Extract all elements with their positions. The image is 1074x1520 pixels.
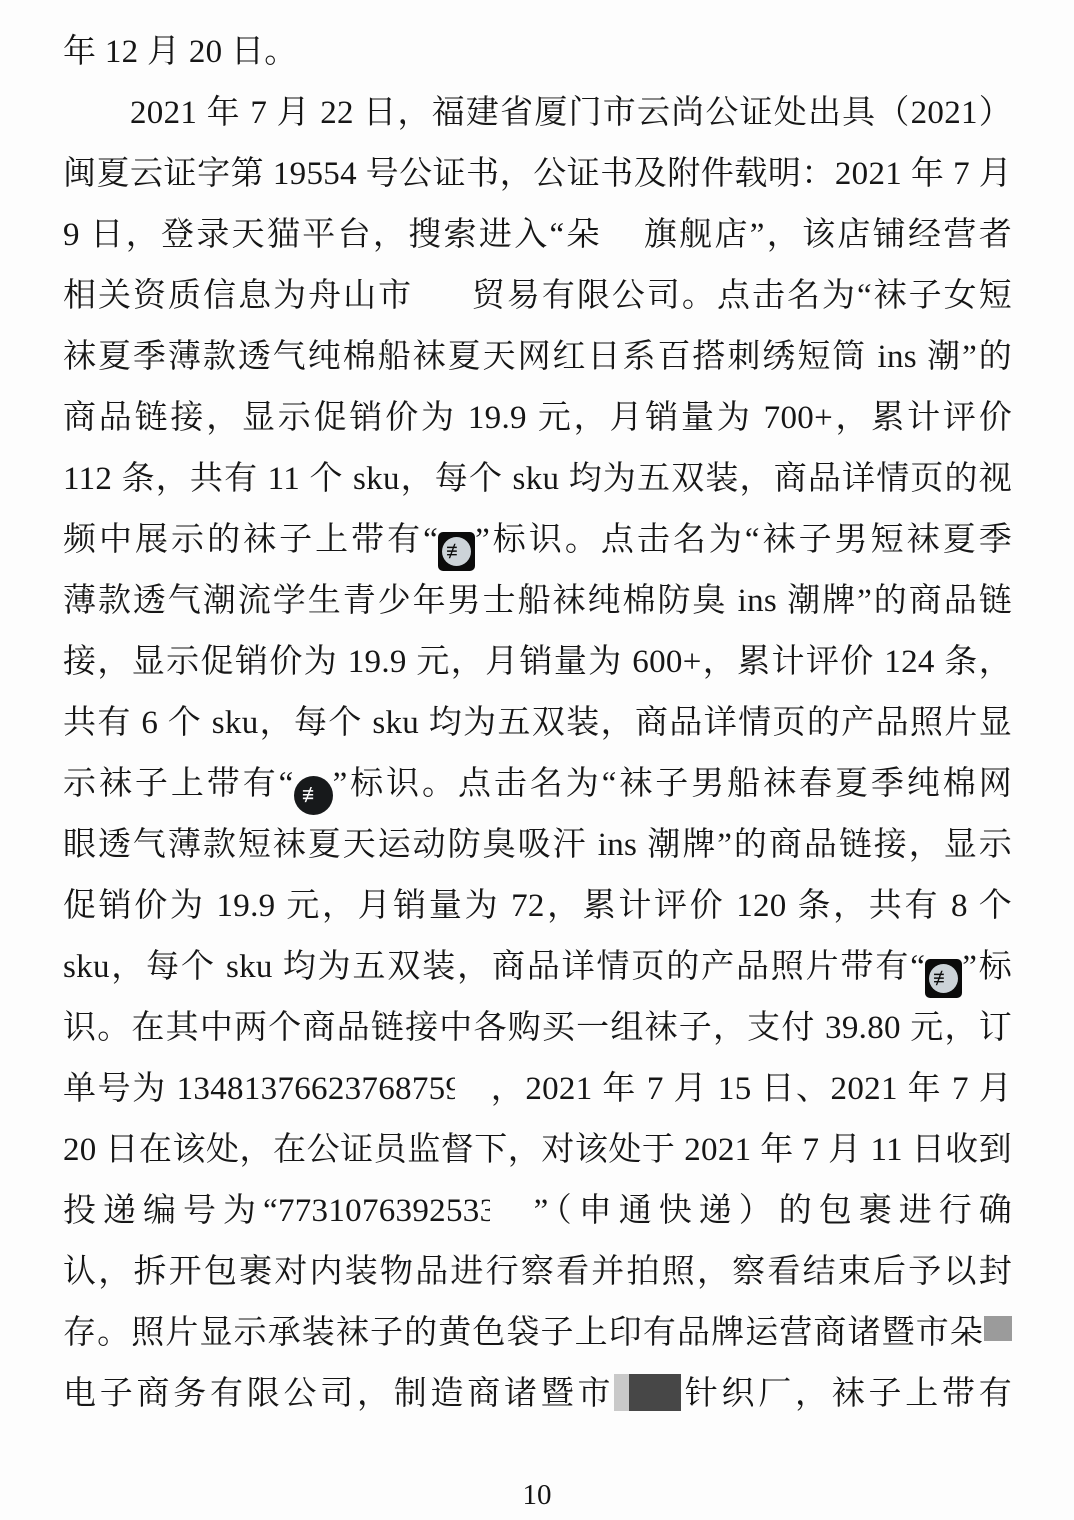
text-segment: ”标识。点击名为“袜子男船袜春夏季纯棉网 xyxy=(333,766,1012,802)
text-line: 接，显示促销价为 19.9 元，月销量为 600+，累计评价 124 条， xyxy=(63,632,1012,693)
page-number: 10 xyxy=(0,1479,1074,1512)
text-line: 2021 年 7 月 22 日，福建省厦门市云尚公证处出具（2021） xyxy=(63,83,1012,144)
redaction-box-dark xyxy=(629,1374,681,1411)
clipped-digit: 3 xyxy=(480,1181,490,1242)
text-line: 电子商务有限公司，制造商诸暨市针织厂，袜子上带有 xyxy=(63,1364,1012,1425)
text-segment: 单号为 1348137662376875 xyxy=(63,1071,445,1107)
text-line: sku，每个 sku 均为五双装，商品详情页的产品照片带有“≢”标 xyxy=(63,937,1012,998)
text-line: 112 条，共有 11 个 sku，每个 sku 均为五双装，商品详情页的视 xyxy=(63,449,1012,510)
text-segment: ”（申通快递）的包裹进行确 xyxy=(534,1193,1012,1229)
text-segment: 电子商务有限公司，制造商诸暨市 xyxy=(63,1376,614,1412)
text-line: 年 12 月 20 日。 xyxy=(63,22,1012,83)
text-line: 频中展示的袜子上带有“≢”标识。点击名为“袜子男短袜夏季 xyxy=(63,510,1012,571)
text-line: 投递编号为“7731076392533”（申通快递）的包裹进行确 xyxy=(63,1181,1012,1242)
clipped-digit: 9 xyxy=(445,1059,455,1120)
document-body: 年 12 月 20 日。 2021 年 7 月 22 日，福建省厦门市云尚公证处… xyxy=(63,22,1012,1425)
text-line: 眼透气薄款短袜夏天运动防臭吸汗 ins 潮牌”的商品链接，显示 xyxy=(63,815,1012,876)
text-line: 认，拆开包裹对内装物品进行察看并拍照，察看结束后予以封 xyxy=(63,1242,1012,1303)
text-line: 共有 6 个 sku，每个 sku 均为五双装，商品详情页的产品照片显 xyxy=(63,693,1012,754)
brand-logo-square-icon: ≢ xyxy=(438,532,475,571)
text-line: 薄款透气潮流学生青少年男士船袜纯棉防臭 ins 潮牌”的商品链 xyxy=(63,571,1012,632)
redaction-box xyxy=(984,1316,1012,1341)
scanned-legal-document-page: { "meta": { "language": "zh-CN", "page_n… xyxy=(0,0,1074,1520)
text-segment: 示袜子上带有“ xyxy=(63,766,294,802)
redaction-gap xyxy=(455,1097,489,1099)
redaction-box xyxy=(614,1371,681,1432)
text-line: 识。在其中两个商品链接中各购买一组袜子，支付 39.80 元，订 xyxy=(63,998,1012,1059)
text-line: 闽夏云证字第 19554 号公证书，公证书及附件载明：2021 年 7 月 xyxy=(63,144,1012,205)
brand-logo-circle-icon: ≢ xyxy=(294,776,333,815)
text-segment: 贸易有限公司。点击名为“袜子女短 xyxy=(470,278,1012,314)
redaction-gap xyxy=(490,1219,534,1221)
redaction-box-strip xyxy=(614,1374,629,1411)
text-line: 9 日，登录天猫平台，搜索进入“朵旗舰店”，该店铺经营者 xyxy=(63,205,1012,266)
text-line: 相关资质信息为舟山市贸易有限公司。点击名为“袜子女短 xyxy=(63,266,1012,327)
brand-logo-square-icon: ≢ xyxy=(925,959,962,998)
text-segment: 存。照片显示承装袜子的黄色袋子上印有品牌运营商诸暨市朵 xyxy=(63,1315,984,1351)
text-segment: 投递编号为“773107639253 xyxy=(63,1193,480,1229)
text-line: 单号为 13481376623768759，2021 年 7 月 15 日、20… xyxy=(63,1059,1012,1120)
text-line: 20 日在该处，在公证员监督下，对该处于 2021 年 7 月 11 日收到 xyxy=(63,1120,1012,1181)
text-line: 存。照片显示承装袜子的黄色袋子上印有品牌运营商诸暨市朵 xyxy=(63,1303,1012,1364)
text-segment: 旗舰店”，该店铺经营者 xyxy=(642,217,1012,253)
text-segment: ”标识。点击名为“袜子男短袜夏季 xyxy=(475,522,1012,558)
redaction-gap xyxy=(602,243,642,245)
text-line: 促销价为 19.9 元，月销量为 72，累计评价 120 条，共有 8 个 xyxy=(63,876,1012,937)
text-line: 袜夏季薄款透气纯棉船袜夏天网红日系百搭刺绣短筒 ins 潮”的 xyxy=(63,327,1012,388)
text-line: 示袜子上带有“≢”标识。点击名为“袜子男船袜春夏季纯棉网 xyxy=(63,754,1012,815)
text-segment: sku，每个 sku 均为五双装，商品详情页的产品照片带有“ xyxy=(63,949,925,985)
text-segment: 相关资质信息为舟山市 xyxy=(63,278,413,314)
redaction-gap xyxy=(413,304,470,306)
text-segment: ”标 xyxy=(962,949,1012,985)
text-line: 商品链接，显示促销价为 19.9 元，月销量为 700+，累计评价 xyxy=(63,388,1012,449)
text-segment: 频中展示的袜子上带有“ xyxy=(63,522,438,558)
text-segment: 针织厂，袜子上带有 xyxy=(681,1376,1012,1412)
text-segment: 9 日，登录天猫平台，搜索进入“朵 xyxy=(63,217,602,253)
text-segment: ，2021 年 7 月 15 日、2021 年 7 月 xyxy=(489,1071,1012,1107)
